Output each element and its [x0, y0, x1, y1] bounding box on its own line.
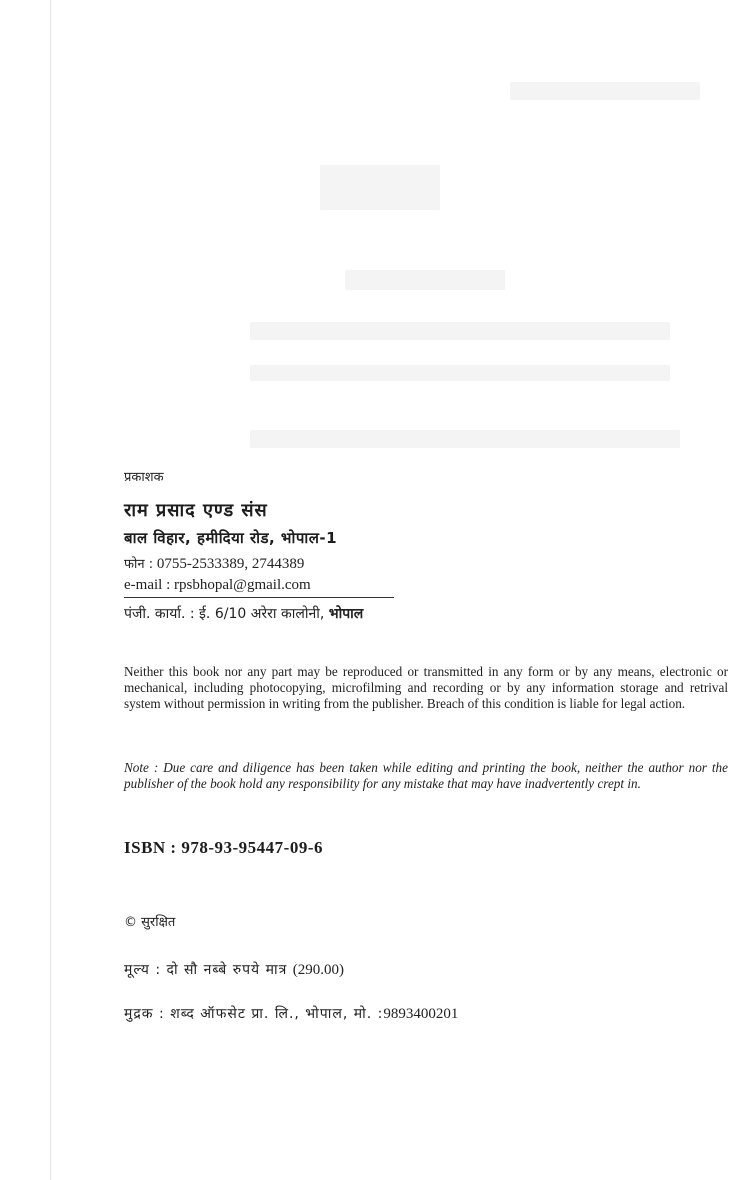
email-line: e-mail : rpsbhopal@gmail.com	[124, 577, 424, 594]
show-through-smudge	[320, 165, 440, 210]
isbn-label: ISBN :	[124, 838, 177, 857]
show-through-smudge	[345, 270, 505, 290]
printer-text: शब्द ऑफसेट प्रा. लि., भोपाल, मो. :	[170, 1006, 383, 1022]
publisher-address: बाल विहार, हमीदिया रोड, भोपाल-1	[124, 528, 424, 548]
isbn-value: 978-93-95447-09-6	[181, 838, 323, 857]
registered-office: पंजी. कार्या. : ई. 6/10 अरेरा कालोनी, भो…	[124, 604, 424, 623]
copyright-line: © सुरक्षित	[124, 912, 175, 930]
printer-line: मुद्रक : शब्द ऑफसेट प्रा. लि., भोपाल, मो…	[124, 1004, 458, 1023]
show-through-smudge	[250, 430, 680, 448]
publisher-label: प्रकाशक	[124, 470, 424, 486]
rights-notice: Neither this book nor any part may be re…	[124, 664, 728, 712]
isbn-line: ISBN : 978-93-95447-09-6	[124, 838, 323, 858]
show-through-smudge	[250, 322, 670, 340]
phone-line: फोन : 0755-2533389, 2744389	[124, 554, 424, 573]
reg-office-city: भोपाल	[329, 606, 364, 622]
price-line: मूल्य : दो सौ नब्बे रुपये मात्र (290.00)	[124, 960, 344, 979]
email-label: e-mail :	[124, 577, 170, 593]
reg-office-address: पंजी. कार्या. : ई. 6/10 अरेरा कालोनी,	[124, 606, 324, 622]
printer-label: मुद्रक :	[124, 1006, 165, 1022]
price-amount: (290.00)	[293, 962, 344, 978]
price-label: मूल्य :	[124, 962, 161, 978]
phone-label: फोन :	[124, 557, 153, 572]
price-text: दो सौ नब्बे रुपये मात्र	[167, 962, 288, 978]
show-through-smudge	[250, 365, 670, 381]
page-edge-line	[50, 0, 51, 1180]
disclaimer-note: Note : Due care and diligence has been t…	[124, 760, 728, 792]
publisher-name: राम प्रसाद एण्ड संस	[124, 498, 424, 522]
printer-mobile: 9893400201	[383, 1006, 458, 1022]
divider	[124, 597, 394, 598]
publisher-block: प्रकाशक राम प्रसाद एण्ड संस बाल विहार, ह…	[124, 470, 424, 623]
phone-number: 0755-2533389, 2744389	[157, 556, 305, 572]
copyright-text: सुरक्षित	[141, 915, 175, 930]
copyright-icon: ©	[124, 915, 137, 930]
show-through-smudge	[510, 82, 700, 100]
email-address: rpsbhopal@gmail.com	[174, 577, 311, 593]
